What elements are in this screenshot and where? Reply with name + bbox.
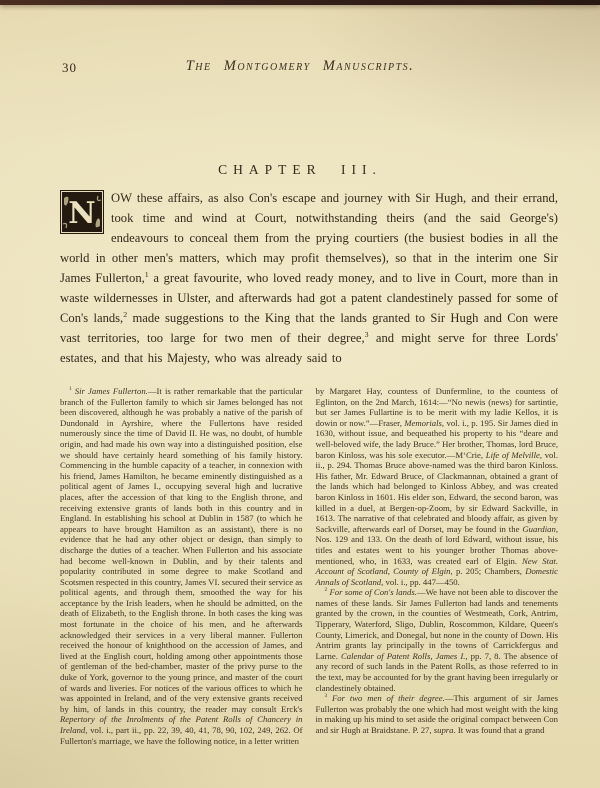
text-segment: , p. 205; Chambers, [450, 566, 525, 576]
footnotes-area: 1 Sir James Fullerton.—It is rather rema… [60, 386, 558, 746]
footnote-paragraph: 2 For some of Con's lands.—We have not b… [316, 587, 559, 693]
text-segment: —We have not been able to discover the n… [316, 587, 559, 661]
chapter-heading: CHAPTER III. [0, 162, 600, 178]
text-segment: , vol. i., pp. 447—450. [381, 577, 460, 587]
body-paragraph: N OW these affairs, as also Con's escape… [60, 188, 558, 368]
scan-top-edge [0, 0, 600, 5]
footnote-paragraph: 3 For two men of their degree.—This argu… [316, 693, 559, 735]
scanned-book-page: 30 The Montgomery Manuscripts. CHAPTER I… [0, 0, 600, 788]
footnote-column-right: by Margaret Hay, countess of Dunfermline… [316, 386, 559, 746]
text-segment: For two men of their degree. [327, 693, 445, 703]
text-segment: —It is rather remarkable that the partic… [60, 386, 303, 714]
text-segment: For some of Con's lands. [327, 587, 417, 597]
footnote-column-left: 1 Sir James Fullerton.—It is rather rema… [60, 386, 303, 746]
text-segment: , vol. ii., p. 294. Thomas Bruce above-n… [316, 450, 559, 534]
page-header: 30 The Montgomery Manuscripts. [0, 58, 600, 78]
text-segment: Memorials [404, 418, 442, 428]
drop-cap-letter: N [68, 196, 95, 231]
text-segment: , vol. i., part ii., pp. 22, 39, 40, 41,… [60, 725, 303, 746]
text-segment: Life of Melville [486, 450, 540, 460]
text-segment: Sir James Fullerton. [72, 386, 148, 396]
body-text: OW these affairs, as also Con's escape a… [60, 191, 558, 365]
ornate-initial-capital: N [60, 190, 104, 234]
page-number: 30 [62, 60, 77, 76]
text-segment: . It was found that a grand [454, 725, 545, 735]
footnote-paragraph: 1 Sir James Fullerton.—It is rather rema… [60, 386, 303, 746]
text-segment: supra [434, 725, 454, 735]
text-segment: Calendar of Patent Rolls, James I. [341, 651, 465, 661]
running-title: The Montgomery Manuscripts. [0, 58, 600, 75]
text-segment: Guardian [522, 524, 555, 534]
footnote-paragraph: by Margaret Hay, countess of Dunfermline… [316, 386, 559, 587]
